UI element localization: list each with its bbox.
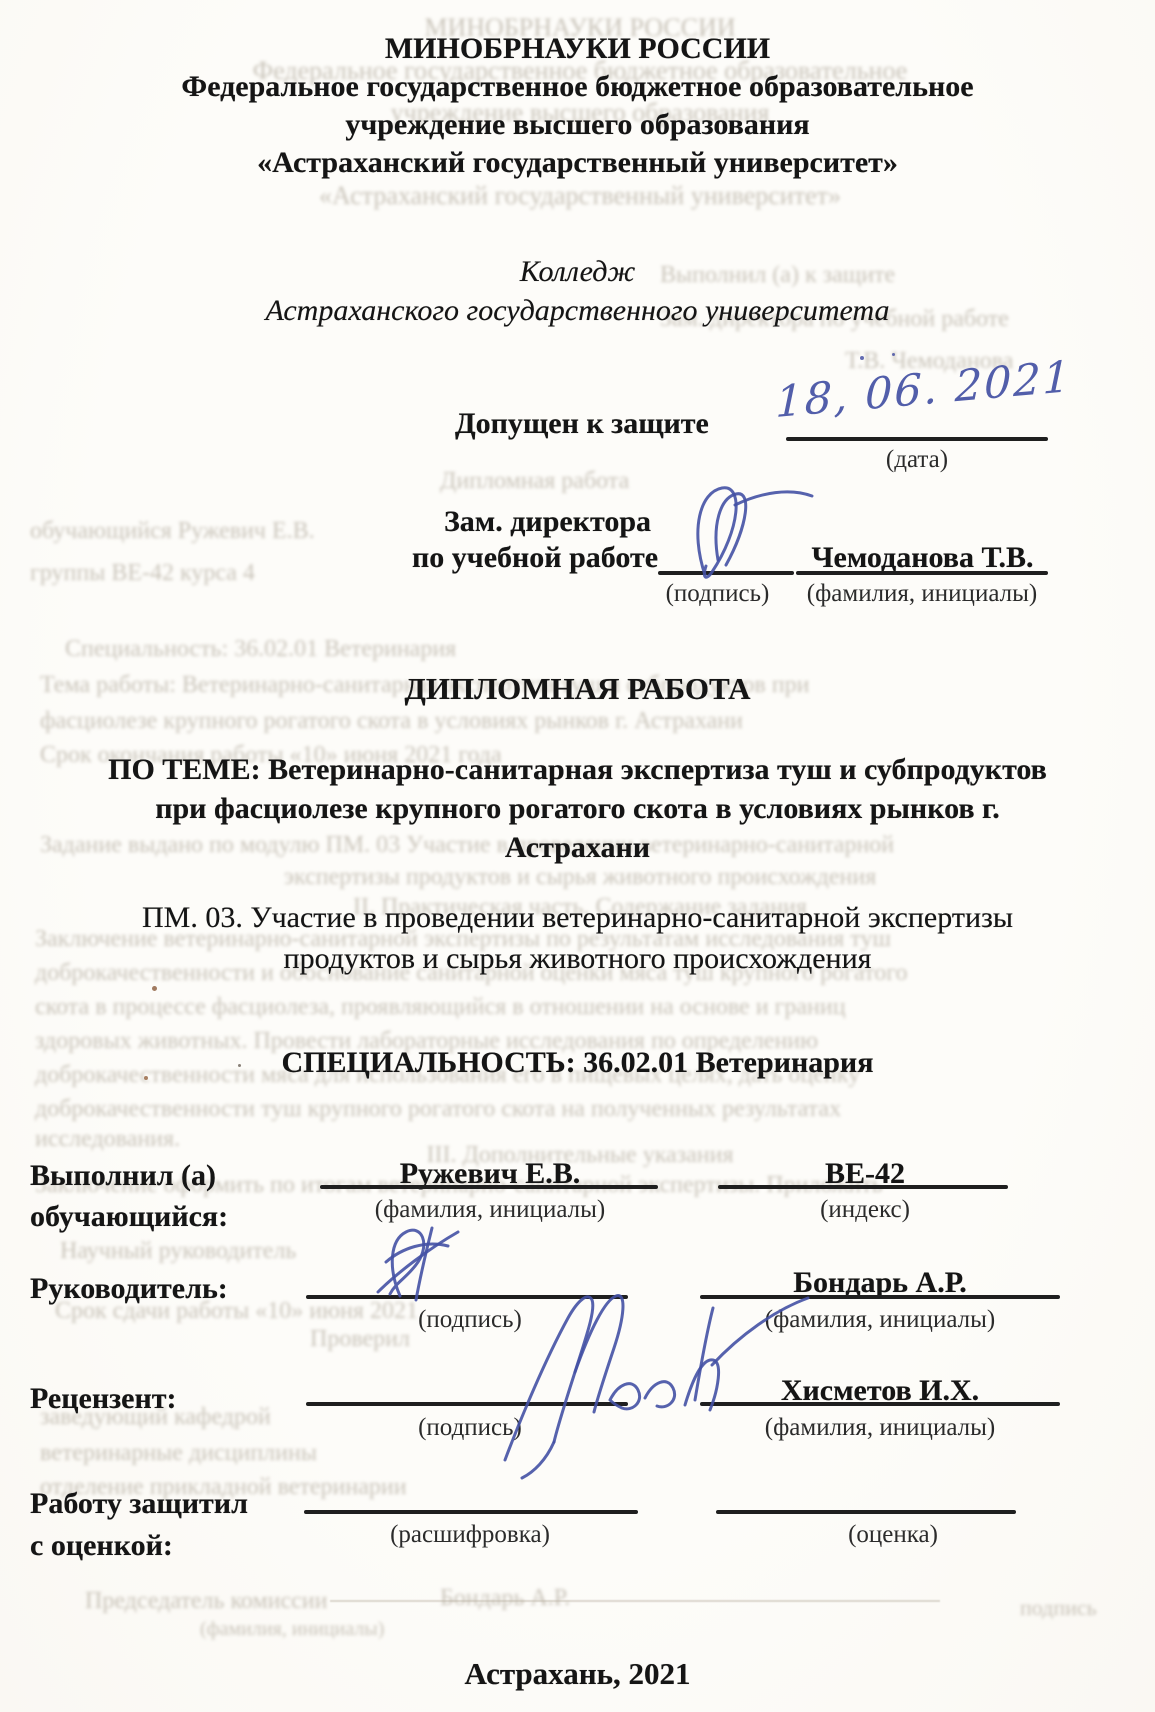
bleed-through-text: экспертизы продуктов и сырья животного п…	[230, 864, 930, 890]
supervisor-signature-caption: (подпись)	[370, 1306, 570, 1334]
work-type-title: ДИПЛОМНАЯ РАБОТА	[0, 670, 1155, 708]
scan-artifact-line	[330, 1600, 940, 1602]
bleed-through-text: «Астраханский государственный университе…	[200, 182, 960, 211]
reviewer-label: Рецензент:	[30, 1380, 177, 1418]
bleed-through-text: Научный руководитель	[60, 1238, 390, 1264]
bleed-through-text: подпись	[1020, 1596, 1140, 1620]
bleed-through-text: Специальность: 36.02.01 Ветеринария	[65, 636, 625, 662]
topic-line2: при фасциолезе крупного рогатого скота в…	[0, 789, 1155, 828]
ministry-name: МИНОБРНАУКИ РОССИИ	[0, 30, 1155, 68]
city-year: Астрахань, 2021	[0, 1655, 1155, 1693]
reviewer-signature-caption: (подпись)	[370, 1414, 570, 1442]
transcript-line	[304, 1510, 638, 1514]
date-caption: (дата)	[786, 446, 1048, 474]
performer-name-caption: (фамилия, инициалы)	[320, 1196, 660, 1224]
topic-line3: Астрахани	[0, 828, 1155, 867]
reviewer-name-caption: (фамилия, инициалы)	[720, 1414, 1040, 1442]
defended-label-line2: с оценкой:	[30, 1527, 173, 1565]
module-line1: ПМ. 03. Участие в проведении ветеринарно…	[0, 897, 1155, 938]
specialty-line: СПЕЦИАЛЬНОСТЬ: 36.02.01 Ветеринария	[0, 1044, 1155, 1082]
bleed-through-text: группы ВЕ-42 курса 4	[30, 560, 390, 586]
director-signature-line	[658, 571, 794, 575]
bleed-through-text: скота в процессе фасциолеза, проявляющий…	[35, 994, 1120, 1020]
diploma-title-page: МИНОБРНАУКИ РОССИИФедеральное государств…	[0, 0, 1155, 1712]
group-index-line	[718, 1185, 1008, 1189]
college-line2: Астраханского государственного университ…	[0, 291, 1155, 330]
module-line2: продуктов и сырья животного происхождени…	[0, 938, 1155, 979]
scan-artifact-speck	[860, 356, 864, 360]
director-title-line1: Зам. директора	[410, 503, 685, 541]
topic-line1: ПО ТЕМЕ: Ветеринарно-санитарная эксперти…	[0, 750, 1155, 789]
supervisor-signature-line	[306, 1295, 628, 1299]
module-block: ПМ. 03. Участие в проведении ветеринарно…	[0, 897, 1155, 979]
college-block: Колледж Астраханского государственного у…	[0, 252, 1155, 330]
bleed-through-text: Дипломная работа	[440, 468, 720, 494]
transcript-caption: (расшифровка)	[320, 1521, 620, 1549]
director-title-line2: по учебной работе	[412, 539, 658, 577]
director-signature-caption: (подпись)	[625, 580, 810, 608]
reviewer-signature-line	[306, 1402, 628, 1406]
performer-label-line1: Выполнил (а)	[30, 1157, 216, 1195]
bleed-through-text: ветеринарные дисциплины	[40, 1440, 400, 1466]
date-line	[786, 437, 1048, 441]
defended-label-line1: Работу защитил	[30, 1485, 248, 1523]
scan-artifact-speck	[892, 353, 895, 356]
bleed-through-text: доброкачественности туш крупного рогатог…	[35, 1096, 1120, 1122]
bleed-through-text: обучающийся Ружевич Е.В.	[30, 518, 470, 544]
bleed-through-text: фасциолезе крупного рогатого скота в усл…	[40, 708, 940, 734]
performer-label-line2: обучающийся:	[30, 1198, 228, 1236]
supervisor-name-caption: (фамилия, инициалы)	[720, 1306, 1040, 1334]
group-index-caption: (индекс)	[720, 1196, 1010, 1224]
performer-name-line	[320, 1185, 658, 1189]
admitted-label: Допущен к защите	[455, 405, 709, 443]
bleed-through-text: Бондарь А.Р.	[440, 1585, 680, 1611]
reviewer-name-line	[700, 1402, 1060, 1406]
scan-artifact-speck	[152, 986, 157, 991]
director-name-caption: (фамилия, инициалы)	[788, 580, 1056, 608]
grade-line	[716, 1510, 1016, 1514]
topic-block: ПО ТЕМЕ: Ветеринарно-санитарная эксперти…	[0, 750, 1155, 867]
org-name-line1: Федеральное государственное бюджетное об…	[0, 68, 1155, 106]
bleed-through-text: (фамилия, инициалы)	[200, 1618, 480, 1640]
bleed-through-text: исследования.	[35, 1126, 295, 1152]
org-name-line2: учреждение высшего образования	[0, 106, 1155, 144]
org-name-line3: «Астраханский государственный университе…	[0, 144, 1155, 182]
college-line1: Колледж	[0, 252, 1155, 291]
director-name-line	[796, 571, 1048, 575]
supervisor-label: Руководитель:	[30, 1270, 228, 1308]
grade-caption: (оценка)	[763, 1521, 1023, 1549]
header-block: МИНОБРНАУКИ РОССИИ Федеральное государст…	[0, 30, 1155, 182]
supervisor-name-line	[700, 1295, 1060, 1299]
